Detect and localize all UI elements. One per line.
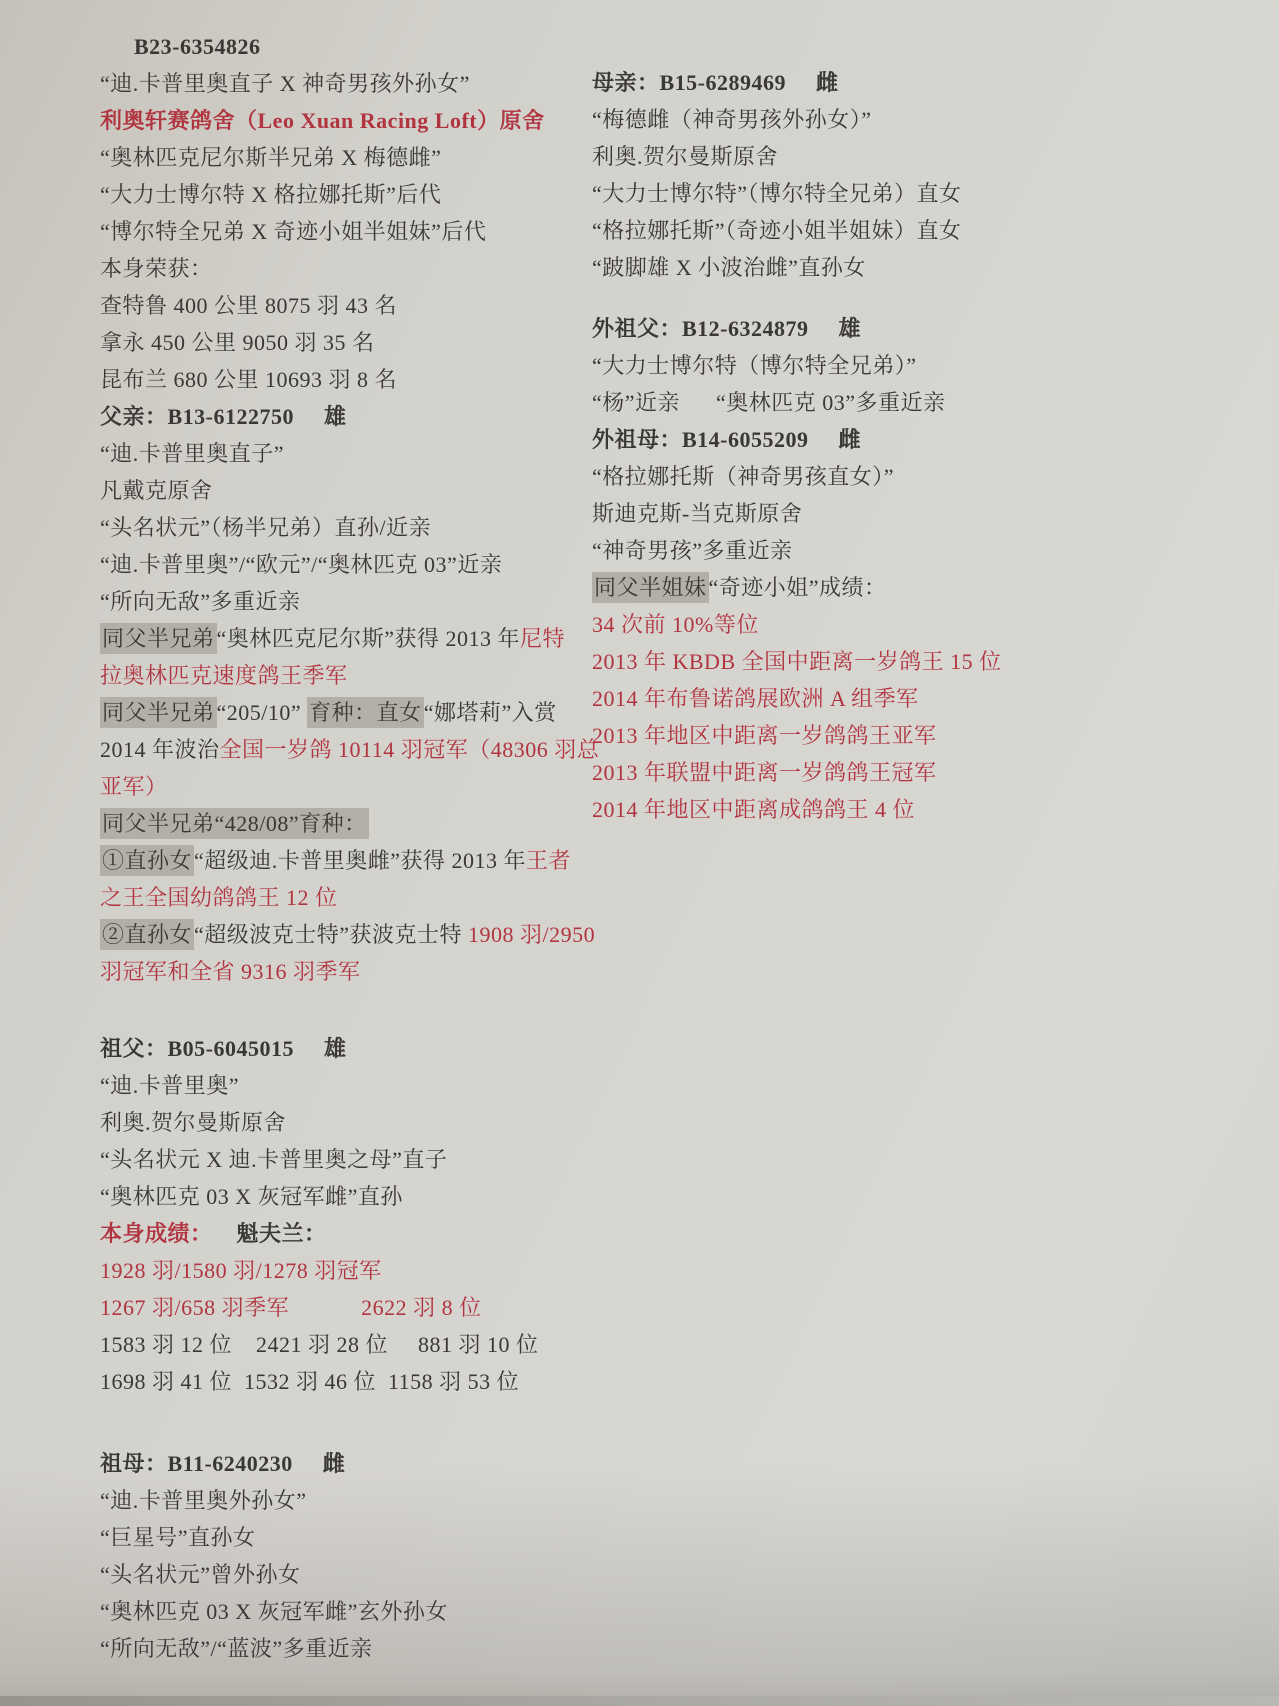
pedigree-line: “迪.卡普里奥直子 X 神奇男孩外孙女”: [100, 65, 586, 102]
text-segment: “巨星号”直孙女: [100, 1525, 256, 1550]
pedigree-line: 拿永 450 公里 9050 羽 35 名: [100, 324, 586, 361]
pedigree-line: 母亲：B15-6289469 雌: [592, 64, 1252, 101]
pedigree-line: 2014 年地区中距离成鸽鸽王 4 位: [592, 791, 1252, 828]
pedigree-line: “迪.卡普里奥外孙女”: [100, 1482, 586, 1519]
text-segment: 父亲：B13-6122750 雄: [100, 404, 347, 429]
pedigree-line: 拉奥林匹克速度鸽王季军: [100, 657, 586, 694]
text-segment: 拿永 450 公里 9050 羽 35 名: [100, 330, 375, 355]
pedigree-line: 之王全国幼鸽鸽王 12 位: [100, 879, 586, 916]
highlighted-text: 同父半兄弟“428/08”育种：: [100, 808, 369, 839]
pedigree-line: 利奥轩赛鸽舍（Leo Xuan Racing Loft）原舍: [100, 102, 586, 139]
text-segment: 魁夫兰：: [213, 1221, 327, 1246]
pedigree-line: “迪.卡普里奥”/“欧元”/“奥林匹克 03”近亲: [100, 546, 586, 583]
text-segment: “所向无敌”/“蓝波”多重近亲: [100, 1636, 373, 1661]
photo-edge-shadow: [0, 1696, 1279, 1706]
highlighted-text: ②直孙女: [100, 919, 194, 950]
text-segment: “超级波克士特”获波克士特: [194, 922, 468, 947]
pedigree-line: “奥林匹克 03 X 灰冠军雌”直孙: [100, 1178, 586, 1215]
pedigree-line: “头名状元”（杨半兄弟）直孙/近亲: [100, 509, 586, 546]
pedigree-line: 同父半兄弟“428/08”育种：: [100, 805, 586, 842]
pedigree-block: 外祖父：B12-6324879 雄“大力士博尔特（博尔特全兄弟）”“杨”近亲 “…: [592, 310, 1252, 828]
text-segment: 利奥.贺尔曼斯原舍: [592, 144, 778, 169]
pedigree-line: “头名状元”曾外孙女: [100, 1556, 586, 1593]
text-segment: “格拉娜托斯”（奇迹小姐半姐妹）直女: [592, 218, 962, 243]
pedigree-line: “梅德雌（神奇男孩外孙女）”: [592, 101, 1252, 138]
highlighted-text: ①直孙女: [100, 845, 194, 876]
red-text: 1908 羽/2950: [468, 922, 595, 947]
pedigree-line: “迪.卡普里奥”: [100, 1067, 586, 1104]
pedigree-line: 外祖父：B12-6324879 雄: [592, 310, 1252, 347]
pedigree-line: “跛脚雄 X 小波治雌”直孙女: [592, 249, 1252, 286]
red-text: 1267 羽/658 羽季军 2622 羽 8 位: [100, 1295, 482, 1320]
text-segment: “头名状元”曾外孙女: [100, 1562, 301, 1587]
pedigree-line: 利奥.贺尔曼斯原舍: [592, 138, 1252, 175]
pedigree-line: “杨”近亲 “奥林匹克 03”多重近亲: [592, 384, 1252, 421]
text-segment: 祖母：B11-6240230 雌: [100, 1451, 345, 1476]
pedigree-line: 外祖母：B14-6055209 雌: [592, 421, 1252, 458]
text-segment: B23-6354826: [134, 34, 261, 59]
pedigree-line: “大力士博尔特”（博尔特全兄弟）直女: [592, 175, 1252, 212]
text-segment: “超级迪.卡普里奥雌”获得 2013 年: [194, 848, 526, 873]
highlighted-text: 同父半兄弟: [100, 697, 217, 728]
red-text: 本身成绩：: [100, 1221, 213, 1246]
pedigree-line: 2014 年布鲁诺鸽展欧洲 A 组季军: [592, 680, 1252, 717]
text-segment: 1583 羽 12 位 2421 羽 28 位 881 羽 10 位: [100, 1332, 539, 1357]
text-segment: 凡戴克原舍: [100, 478, 213, 503]
text-segment: “格拉娜托斯（神奇男孩直女）”: [592, 464, 894, 489]
text-segment: “跛脚雄 X 小波治雌”直孙女: [592, 255, 866, 280]
red-text: 2014 年布鲁诺鸽展欧洲 A 组季军: [592, 686, 919, 711]
highlighted-text: 育种：直女: [307, 697, 424, 728]
red-text: 羽冠军和全省 9316 羽季军: [100, 959, 361, 984]
red-text: 2013 年地区中距离一岁鸽鸽王亚军: [592, 723, 937, 748]
pedigree-line: “所向无敌”多重近亲: [100, 583, 586, 620]
text-segment: “迪.卡普里奥直子 X 神奇男孩外孙女”: [100, 71, 470, 96]
text-segment: “奥林匹克 03 X 灰冠军雌”玄外孙女: [100, 1599, 448, 1624]
pedigree-line: “奥林匹克尼尔斯半兄弟 X 梅德雌”: [100, 139, 586, 176]
pedigree-block: B23-6354826“迪.卡普里奥直子 X 神奇男孩外孙女”利奥轩赛鸽舍（Le…: [100, 28, 586, 990]
text-segment: “奇迹小姐”成绩：: [709, 575, 887, 600]
text-segment: “大力士博尔特 X 格拉娜托斯”后代: [100, 182, 441, 207]
red-text: 1928 羽/1580 羽/1278 羽冠军: [100, 1258, 382, 1283]
text-segment: “迪.卡普里奥”/“欧元”/“奥林匹克 03”近亲: [100, 552, 502, 577]
text-segment: 查特鲁 400 公里 8075 羽 43 名: [100, 293, 397, 318]
pedigree-line: “格拉娜托斯”（奇迹小姐半姐妹）直女: [592, 212, 1252, 249]
pedigree-line: 父亲：B13-6122750 雄: [100, 398, 586, 435]
pedigree-block: 祖母：B11-6240230 雌“迪.卡普里奥外孙女”“巨星号”直孙女“头名状元…: [100, 1445, 586, 1667]
highlighted-text: 同父半姐妹: [592, 572, 709, 603]
red-text: 之王全国幼鸽鸽王 12 位: [100, 885, 338, 910]
pedigree-line: 同父半姐妹“奇迹小姐”成绩：: [592, 569, 1252, 606]
text-segment: “娜塔莉”入赏: [424, 700, 557, 725]
pedigree-line: “奥林匹克 03 X 灰冠军雌”玄外孙女: [100, 1593, 586, 1630]
highlighted-text: 同父半兄弟: [100, 623, 217, 654]
text-segment: “头名状元 X 迪.卡普里奥之母”直子: [100, 1147, 447, 1172]
text-segment: 利奥.贺尔曼斯原舍: [100, 1110, 286, 1135]
red-text: 尼特: [520, 626, 565, 651]
pedigree-line: 2013 年地区中距离一岁鸽鸽王亚军: [592, 717, 1252, 754]
pedigree-line: “头名状元 X 迪.卡普里奥之母”直子: [100, 1141, 586, 1178]
text-segment: “迪.卡普里奥直子”: [100, 441, 284, 466]
pedigree-line: 1698 羽 41 位 1532 羽 46 位 1158 羽 53 位: [100, 1363, 586, 1400]
red-text: 全国一岁鸽 10114 羽冠军（48306 羽总: [220, 737, 600, 762]
pedigree-line: “格拉娜托斯（神奇男孩直女）”: [592, 458, 1252, 495]
pedigree-line: “巨星号”直孙女: [100, 1519, 586, 1556]
pedigree-line: 1267 羽/658 羽季军 2622 羽 8 位: [100, 1289, 586, 1326]
text-segment: “神奇男孩”多重近亲: [592, 538, 793, 563]
text-segment: “博尔特全兄弟 X 奇迹小姐半姐妹”后代: [100, 219, 486, 244]
pedigree-block: 祖父：B05-6045015 雄“迪.卡普里奥”利奥.贺尔曼斯原舍“头名状元 X…: [100, 1030, 586, 1400]
text-segment: “奥林匹克 03 X 灰冠军雌”直孙: [100, 1184, 403, 1209]
pedigree-line: 34 次前 10%等位: [592, 606, 1252, 643]
text-segment: 昆布兰 680 公里 10693 羽 8 名: [100, 367, 397, 392]
text-segment: “奥林匹克尼尔斯半兄弟 X 梅德雌”: [100, 145, 441, 170]
red-text: 2014 年地区中距离成鸽鸽王 4 位: [592, 797, 915, 822]
pedigree-line: “博尔特全兄弟 X 奇迹小姐半姐妹”后代: [100, 213, 586, 250]
pedigree-line: 祖父：B05-6045015 雄: [100, 1030, 586, 1067]
text-segment: “梅德雌（神奇男孩外孙女）”: [592, 107, 872, 132]
text-segment: “所向无敌”多重近亲: [100, 589, 301, 614]
text-segment: 本身荣获：: [100, 256, 213, 281]
red-text: 2013 年联盟中距离一岁鸽鸽王冠军: [592, 760, 937, 785]
right-column: 母亲：B15-6289469 雌“梅德雌（神奇男孩外孙女）”利奥.贺尔曼斯原舍“…: [592, 28, 1252, 828]
red-text: 2013 年 KBDB 全国中距离一岁鸽王 15 位: [592, 649, 1002, 674]
pedigree-line: 利奥.贺尔曼斯原舍: [100, 1104, 586, 1141]
text-segment: 2014 年波治: [100, 737, 220, 762]
text-segment: “迪.卡普里奥外孙女”: [100, 1488, 307, 1513]
pedigree-document: B23-6354826“迪.卡普里奥直子 X 神奇男孩外孙女”利奥轩赛鸽舍（Le…: [0, 0, 1279, 1706]
pedigree-line: “迪.卡普里奥直子”: [100, 435, 586, 472]
pedigree-line: 斯迪克斯-当克斯原舍: [592, 495, 1252, 532]
pedigree-line: 查特鲁 400 公里 8075 羽 43 名: [100, 287, 586, 324]
text-segment: “杨”近亲 “奥林匹克 03”多重近亲: [592, 390, 946, 415]
red-text: 亚军）: [100, 774, 168, 799]
pedigree-line: “大力士博尔特 X 格拉娜托斯”后代: [100, 176, 586, 213]
pedigree-line: “所向无敌”/“蓝波”多重近亲: [100, 1630, 586, 1667]
pedigree-line: 凡戴克原舍: [100, 472, 586, 509]
pedigree-line: 祖母：B11-6240230 雌: [100, 1445, 586, 1482]
text-segment: 1698 羽 41 位 1532 羽 46 位 1158 羽 53 位: [100, 1369, 519, 1394]
pedigree-line: 本身荣获：: [100, 250, 586, 287]
pedigree-line: 1583 羽 12 位 2421 羽 28 位 881 羽 10 位: [100, 1326, 586, 1363]
left-column: B23-6354826“迪.卡普里奥直子 X 神奇男孩外孙女”利奥轩赛鸽舍（Le…: [100, 28, 586, 1667]
pedigree-line: ①直孙女“超级迪.卡普里奥雌”获得 2013 年王者: [100, 842, 586, 879]
pedigree-line: ②直孙女“超级波克士特”获波克士特 1908 羽/2950: [100, 916, 586, 953]
red-text: 拉奥林匹克速度鸽王季军: [100, 663, 348, 688]
pedigree-line: 1928 羽/1580 羽/1278 羽冠军: [100, 1252, 586, 1289]
red-text: 34 次前 10%等位: [592, 612, 759, 637]
pedigree-line: “大力士博尔特（博尔特全兄弟）”: [592, 347, 1252, 384]
pedigree-line: 同父半兄弟“奥林匹克尼尔斯”获得 2013 年尼特: [100, 620, 586, 657]
pedigree-line: 羽冠军和全省 9316 羽季军: [100, 953, 586, 990]
pedigree-line: 2013 年 KBDB 全国中距离一岁鸽王 15 位: [592, 643, 1252, 680]
text-segment: 外祖父：B12-6324879 雄: [592, 316, 861, 341]
pedigree-line: B23-6354826: [100, 28, 586, 65]
pedigree-line: 本身成绩： 魁夫兰：: [100, 1215, 586, 1252]
text-segment: “头名状元”（杨半兄弟）直孙/近亲: [100, 515, 431, 540]
pedigree-line: 2013 年联盟中距离一岁鸽鸽王冠军: [592, 754, 1252, 791]
text-segment: 母亲：B15-6289469 雌: [592, 70, 839, 95]
pedigree-line: 2014 年波治全国一岁鸽 10114 羽冠军（48306 羽总: [100, 731, 586, 768]
text-segment: 祖父：B05-6045015 雄: [100, 1036, 347, 1061]
text-segment: “迪.卡普里奥”: [100, 1073, 239, 1098]
text-segment: “大力士博尔特”（博尔特全兄弟）直女: [592, 181, 962, 206]
red-text: 王者: [526, 848, 571, 873]
text-segment: 外祖母：B14-6055209 雌: [592, 427, 861, 452]
pedigree-line: “神奇男孩”多重近亲: [592, 532, 1252, 569]
text-segment: “205/10”: [217, 700, 308, 725]
text-segment: 斯迪克斯-当克斯原舍: [592, 501, 802, 526]
red-text: 利奥轩赛鸽舍（Leo Xuan Racing Loft）原舍: [100, 108, 545, 133]
pedigree-line: 昆布兰 680 公里 10693 羽 8 名: [100, 361, 586, 398]
text-segment: “奥林匹克尼尔斯”获得 2013 年: [217, 626, 521, 651]
pedigree-block: 母亲：B15-6289469 雌“梅德雌（神奇男孩外孙女）”利奥.贺尔曼斯原舍“…: [592, 64, 1252, 286]
pedigree-line: 同父半兄弟“205/10” 育种：直女“娜塔莉”入赏: [100, 694, 586, 731]
text-segment: “大力士博尔特（博尔特全兄弟）”: [592, 353, 917, 378]
pedigree-line: 亚军）: [100, 768, 586, 805]
